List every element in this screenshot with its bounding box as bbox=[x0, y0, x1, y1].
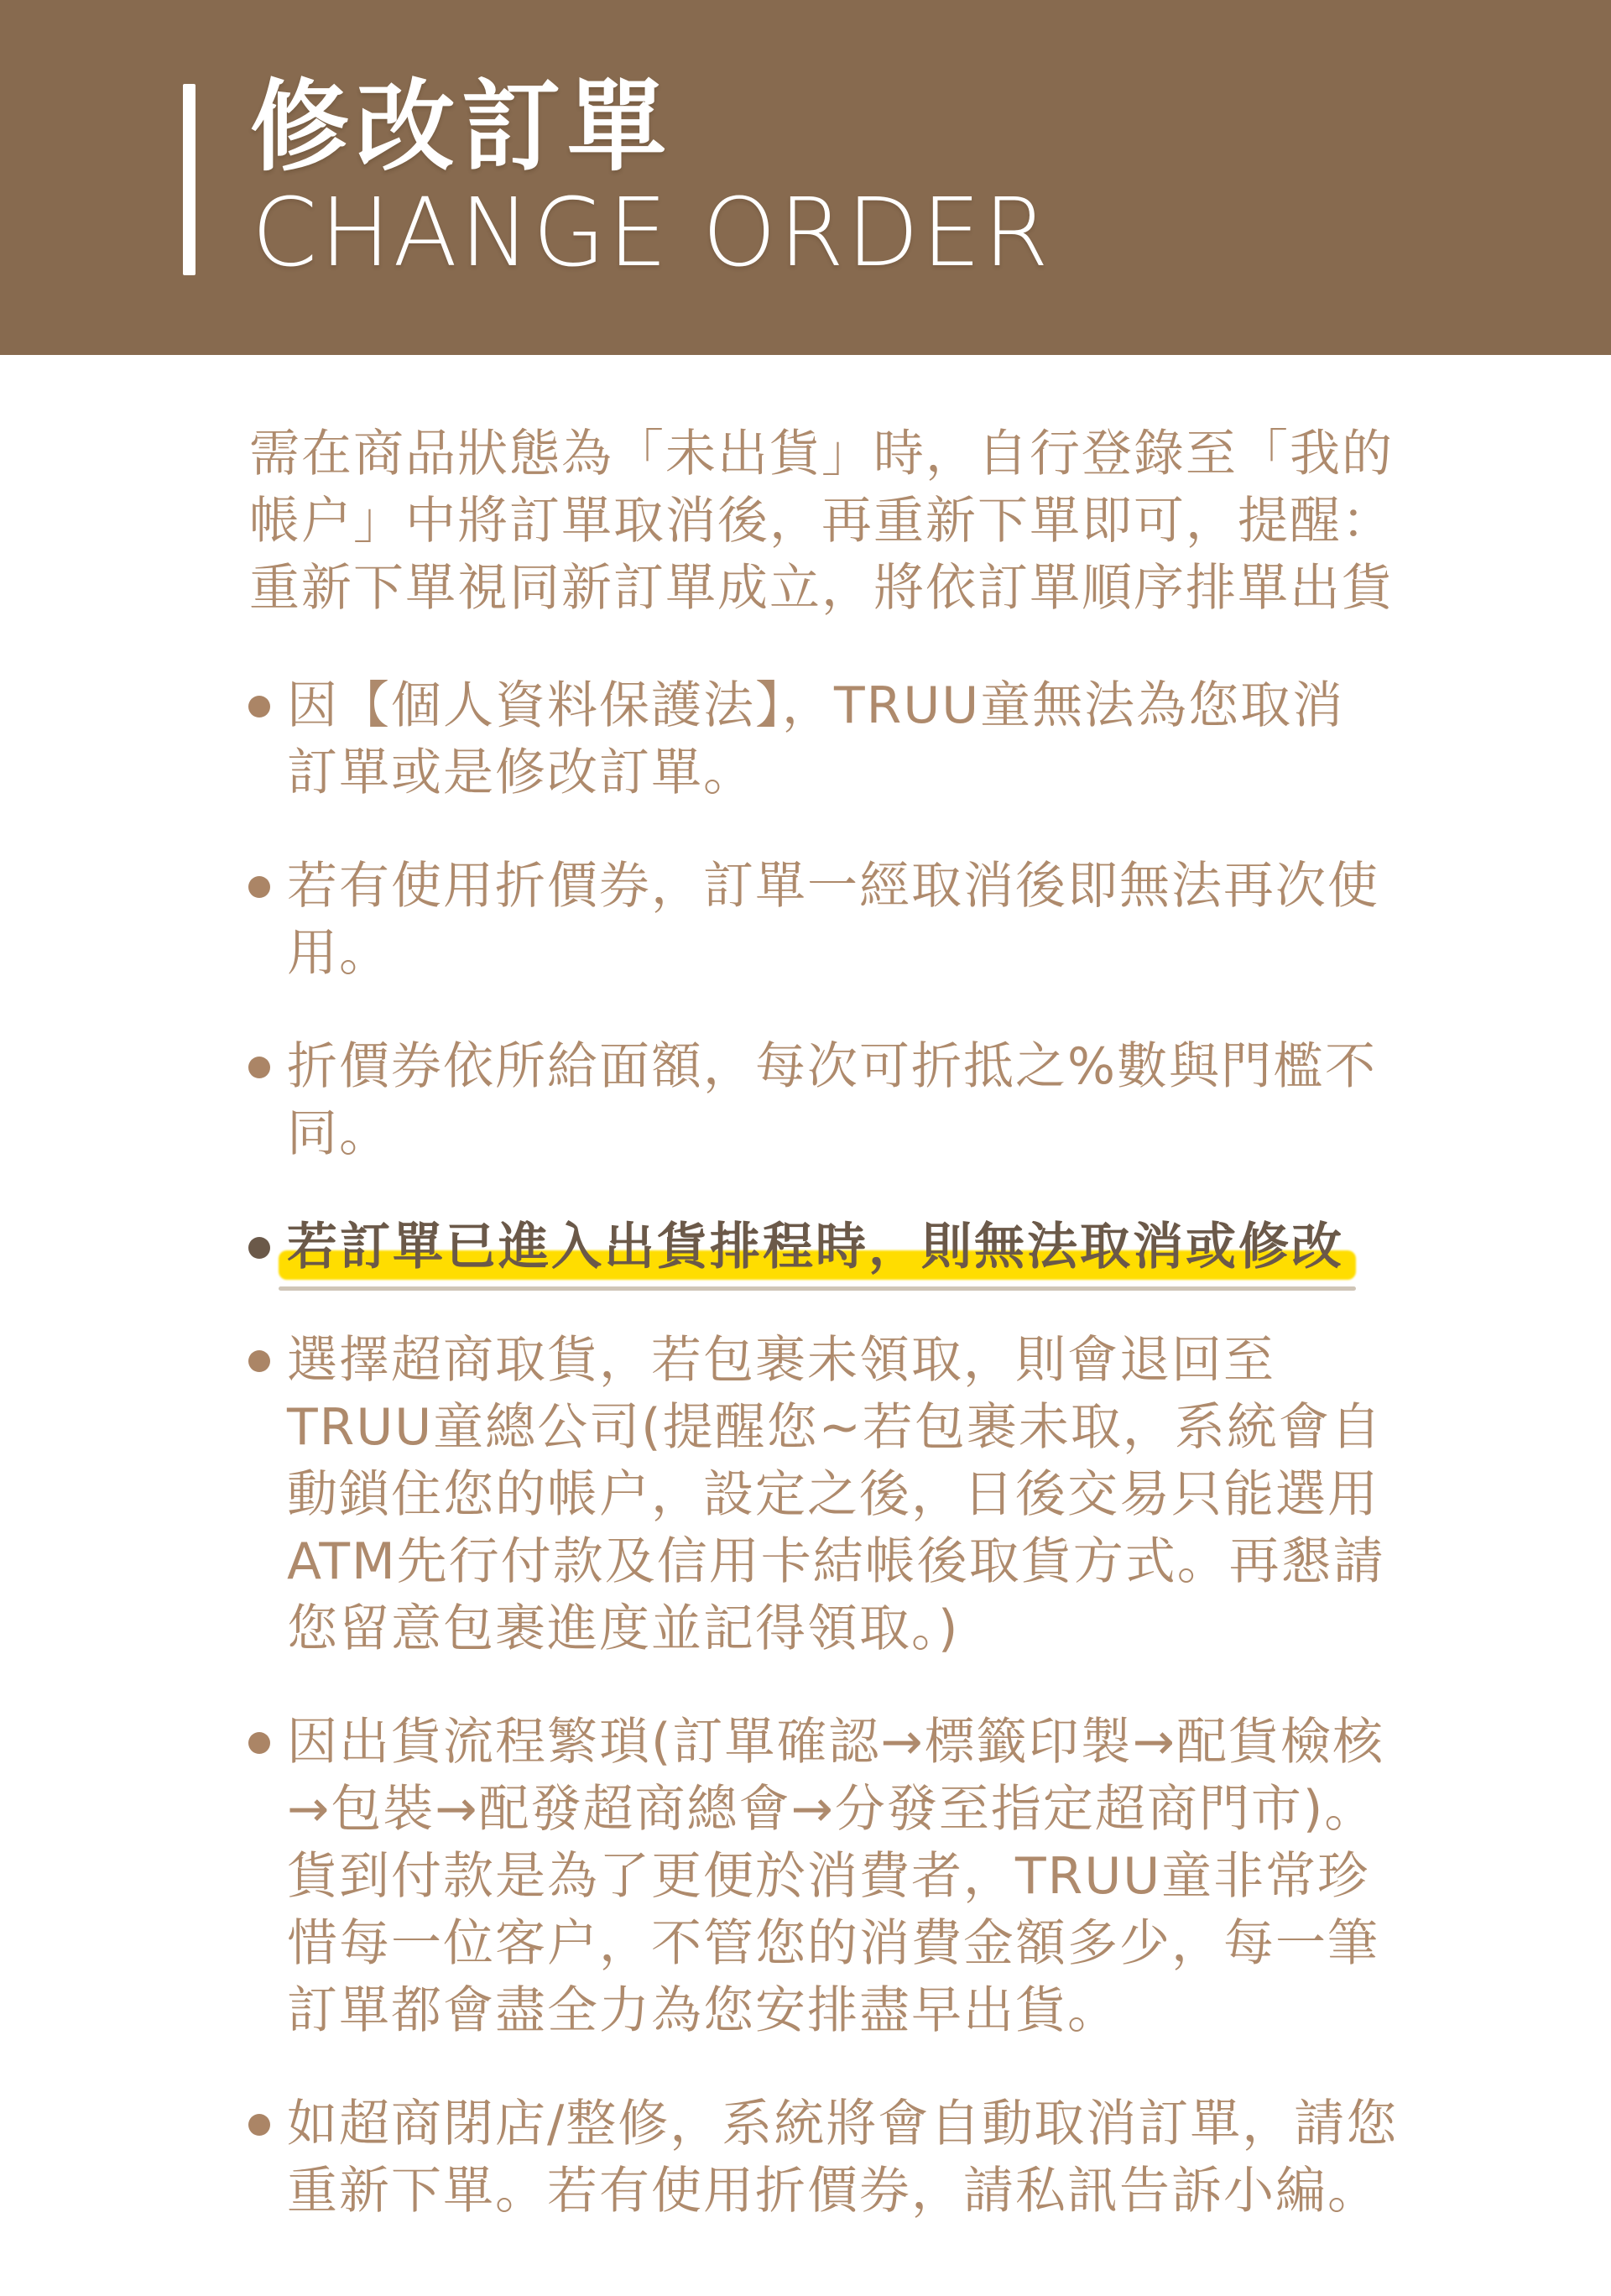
bullet-line-highlighted: 若訂單已進入出貨排程時，則無法取消或修改 bbox=[287, 1213, 1611, 1281]
bullet-dot-icon bbox=[248, 1237, 270, 1259]
accent-bar bbox=[183, 84, 196, 275]
bullet-line: 若有使用折價券，訂單一經取消後即無法再次使 bbox=[287, 853, 1611, 920]
intro-paragraph: 需在商品狀態為「未出貨」時，自行登錄至「我的 帳户」中將訂單取消後，再重新下單即… bbox=[249, 420, 1611, 622]
intro-line: 需在商品狀態為「未出貨」時，自行登錄至「我的 bbox=[249, 420, 1611, 488]
highlighted-text: 若訂單已進入出貨排程時，則無法取消或修改 bbox=[287, 1218, 1344, 1276]
bullet-list: 因【個人資料保護法】，TRUU童無法為您取消 訂單或是修改訂單。 若有使用折價券… bbox=[248, 672, 1611, 2225]
bullet-line: 訂單都會盡全力為您安排盡早出貨。 bbox=[287, 1977, 1611, 2044]
list-item: 如超商閉店/整修，系統將會自動取消訂單，請您 重新下單。若有使用折價券，請私訊告… bbox=[248, 2090, 1611, 2225]
notice-content: 需在商品狀態為「未出貨」時，自行登錄至「我的 帳户」中將訂單取消後，再重新下單即… bbox=[0, 355, 1611, 2225]
bullet-dot-icon bbox=[248, 876, 270, 898]
bullet-line: 貨到付款是為了更便於消費者，TRUU童非常珍 bbox=[287, 1843, 1611, 1910]
list-item-highlighted: 若訂單已進入出貨排程時，則無法取消或修改 bbox=[248, 1213, 1611, 1281]
list-item: 選擇超商取貨，若包裹未領取，則會退回至 TRUU童總公司(提醒您~若包裹未取，系… bbox=[248, 1327, 1611, 1662]
bullet-dot-icon bbox=[248, 2114, 270, 2136]
intro-line: 重新下單視同新訂單成立，將依訂單順序排單出貨 bbox=[249, 555, 1611, 622]
bullet-line: ATM先行付款及信用卡結帳後取貨方式。再懇請 bbox=[287, 1528, 1611, 1595]
bullet-line: 因出貨流程繁瑣(訂單確認→標籤印製→配貨檢核 bbox=[287, 1709, 1611, 1776]
bullet-dot-icon bbox=[248, 1350, 270, 1372]
page-title: 修改訂單 bbox=[250, 77, 673, 176]
header-banner: 修改訂單 CHANGE ORDER bbox=[0, 0, 1611, 355]
list-item: 折價券依所給面額，每次可折抵之%數與門檻不 同。 bbox=[248, 1033, 1611, 1167]
highlight-marker: 若訂單已進入出貨排程時，則無法取消或修改 bbox=[287, 1213, 1344, 1281]
bullet-dot-icon bbox=[248, 696, 270, 717]
bullet-line: 折價券依所給面額，每次可折抵之%數與門檻不 bbox=[287, 1033, 1611, 1100]
bullet-line: 如超商閉店/整修，系統將會自動取消訂單，請您 bbox=[287, 2090, 1611, 2158]
bullet-line: 因【個人資料保護法】，TRUU童無法為您取消 bbox=[287, 672, 1611, 739]
bullet-line: TRUU童總公司(提醒您~若包裹未取，系統會自 bbox=[287, 1394, 1611, 1461]
notice-page: 修改訂單 CHANGE ORDER 需在商品狀態為「未出貨」時，自行登錄至「我的… bbox=[0, 0, 1611, 2296]
bullet-line: 訂單或是修改訂單。 bbox=[287, 739, 1611, 806]
bullet-line: 重新下單。若有使用折價券，請私訊告訴小編。 bbox=[287, 2158, 1611, 2225]
bullet-line: 用。 bbox=[287, 920, 1611, 987]
bullet-line: 同。 bbox=[287, 1100, 1611, 1167]
bullet-line: 選擇超商取貨，若包裹未領取，則會退回至 bbox=[287, 1327, 1611, 1394]
bullet-line: 惜每一位客户，不管您的消費金額多少，每一筆 bbox=[287, 1910, 1611, 1977]
list-item: 因出貨流程繁瑣(訂單確認→標籤印製→配貨檢核 →包裝→配發超商總會→分發至指定超… bbox=[248, 1709, 1611, 2044]
bullet-line: 您留意包裹進度並記得領取。) bbox=[287, 1595, 1611, 1662]
bullet-dot-icon bbox=[248, 1057, 270, 1078]
bullet-line: →包裝→配發超商總會→分發至指定超商門市)。 bbox=[287, 1776, 1611, 1843]
page-subtitle: CHANGE ORDER bbox=[252, 186, 1051, 280]
intro-line: 帳户」中將訂單取消後，再重新下單即可，提醒： bbox=[249, 488, 1611, 555]
list-item: 若有使用折價券，訂單一經取消後即無法再次使 用。 bbox=[248, 853, 1611, 987]
bullet-line: 動鎖住您的帳户，設定之後，日後交易只能選用 bbox=[287, 1461, 1611, 1528]
list-item: 因【個人資料保護法】，TRUU童無法為您取消 訂單或是修改訂單。 bbox=[248, 672, 1611, 806]
bullet-dot-icon bbox=[248, 1732, 270, 1754]
